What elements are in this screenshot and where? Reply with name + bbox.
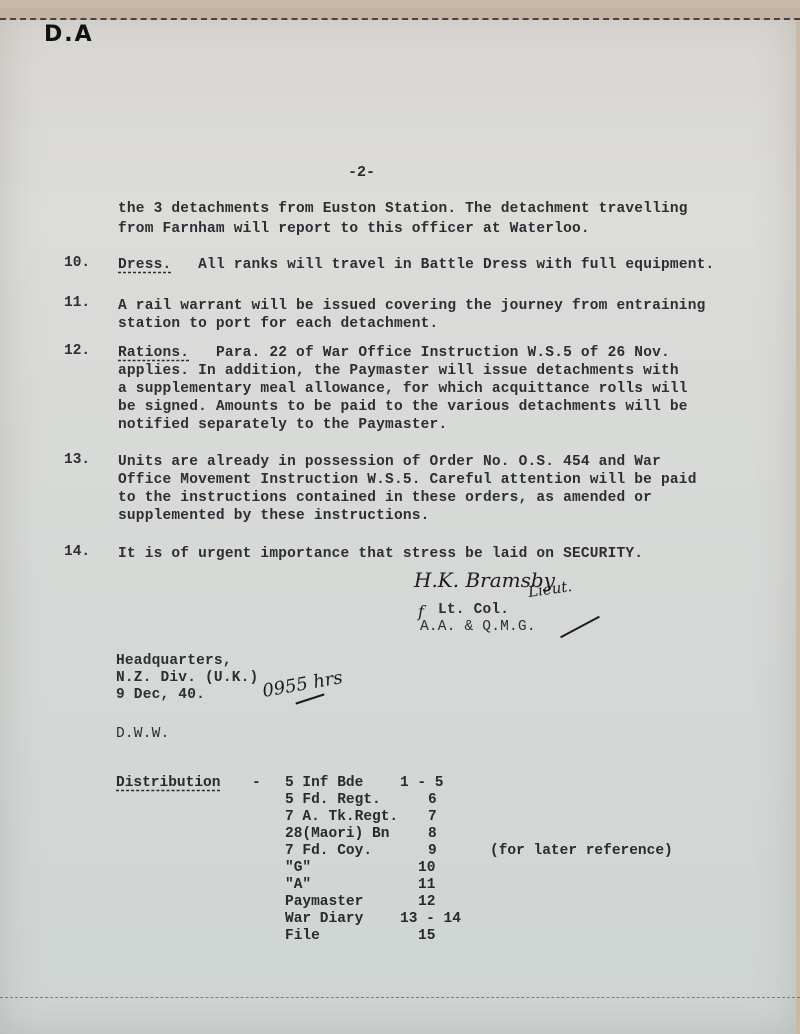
distribution-row: 7 A. Tk.Regt. 7 <box>285 809 480 825</box>
top-torn-edge <box>0 8 800 20</box>
paragraph-text: station to port for each detachment. <box>118 316 438 332</box>
document-page: D.A -2- the 3 detachments from Euston St… <box>0 8 796 1034</box>
distribution-row: 5 Fd. Regt. 6 <box>285 792 480 808</box>
origin-line: N.Z. Div. (U.K.) <box>116 670 258 686</box>
paragraph-number: 13. <box>64 452 90 468</box>
distribution-copies: 15 <box>400 928 470 944</box>
signatory-rank: Lt. Col. <box>438 602 509 618</box>
paragraph-text: Para. 22 of War Office Instruction W.S.5… <box>216 345 670 361</box>
distribution-copies: 13 - 14 <box>400 911 452 927</box>
distribution-dash: - <box>252 775 261 791</box>
paragraph-number: 10. <box>64 255 90 271</box>
paragraph-heading: Dress. <box>118 257 171 273</box>
paragraph-text: It is of urgent importance that stress b… <box>118 546 643 562</box>
distribution-copies: 10 <box>400 860 470 876</box>
paragraph-text: A rail warrant will be issued covering t… <box>118 298 706 314</box>
continuation-line: the 3 detachments from Euston Station. T… <box>118 201 688 217</box>
corner-mark: D.A <box>44 22 94 47</box>
paragraph-text: to the instructions contained in these o… <box>118 490 652 506</box>
distribution-note: (for later reference) <box>480 843 673 859</box>
distribution-copies: 7 <box>400 809 480 825</box>
handwritten-time: 0955 hrs <box>261 667 344 702</box>
paragraph-10: Dress. All ranks will travel in Battle D… <box>118 257 714 273</box>
paragraph-text: be signed. Amounts to be paid to the var… <box>118 399 688 415</box>
distribution-copies: 9 <box>400 843 480 859</box>
paragraph-heading: Rations. <box>118 345 189 361</box>
distribution-copies: 6 <box>400 792 480 808</box>
distribution-copies: 1 - 5 <box>400 775 452 791</box>
origin-line: 9 Dec, 40. <box>116 687 205 703</box>
distribution-row: Paymaster 12 <box>285 894 470 910</box>
distribution-unit: "A" <box>285 877 400 893</box>
page-number: -2- <box>348 164 375 181</box>
distribution-row: "A" 11 <box>285 877 470 893</box>
distribution-row: 28(Maori) Bn 8 <box>285 826 480 842</box>
signatory-title: A.A. & Q.M.G. <box>420 619 536 635</box>
distribution-row: "G" 10 <box>285 860 470 876</box>
continuation-line: from Farnham will report to this officer… <box>118 221 590 237</box>
paragraph-12: Rations. Para. 22 of War Office Instruct… <box>118 345 670 361</box>
paragraph-text: Office Movement Instruction W.S.5. Caref… <box>118 472 697 488</box>
distribution-unit: 28(Maori) Bn <box>285 826 400 842</box>
distribution-label: Distribution <box>116 775 220 791</box>
paragraph-text: Units are already in possession of Order… <box>118 454 661 470</box>
distribution-unit: File <box>285 928 400 944</box>
distribution-unit: 7 Fd. Coy. <box>285 843 400 859</box>
distribution-unit: Paymaster <box>285 894 400 910</box>
distribution-copies: 11 <box>400 877 470 893</box>
paragraph-number: 12. <box>64 343 90 359</box>
distribution-unit: 7 A. Tk.Regt. <box>285 809 400 825</box>
typist-initials: D.W.W. <box>116 726 169 742</box>
paragraph-text: All ranks will travel in Battle Dress wi… <box>198 257 714 273</box>
distribution-unit: "G" <box>285 860 400 876</box>
distribution-copies: 12 <box>400 894 470 910</box>
distribution-row: File 15 <box>285 928 470 944</box>
distribution-unit: 5 Fd. Regt. <box>285 792 400 808</box>
paragraph-text: a supplementary meal allowance, for whic… <box>118 381 688 397</box>
distribution-copies: 8 <box>400 826 480 842</box>
distribution-unit: War Diary <box>285 911 400 927</box>
signature-stroke <box>560 616 600 638</box>
distribution-row: War Diary13 - 14 <box>285 911 452 927</box>
fold-line <box>0 997 800 998</box>
distribution-unit: 5 Inf Bde <box>285 775 400 791</box>
origin-line: Headquarters, <box>116 653 232 669</box>
paragraph-number: 14. <box>64 544 90 560</box>
paragraph-text: supplemented by these instructions. <box>118 508 430 524</box>
distribution-row: 7 Fd. Coy. 9(for later reference) <box>285 843 673 859</box>
paragraph-number: 11. <box>64 295 90 311</box>
paragraph-text: applies. In addition, the Paymaster will… <box>118 363 679 379</box>
paragraph-text: notified separately to the Paymaster. <box>118 417 447 433</box>
distribution-row: 5 Inf Bde1 - 5 <box>285 775 452 791</box>
